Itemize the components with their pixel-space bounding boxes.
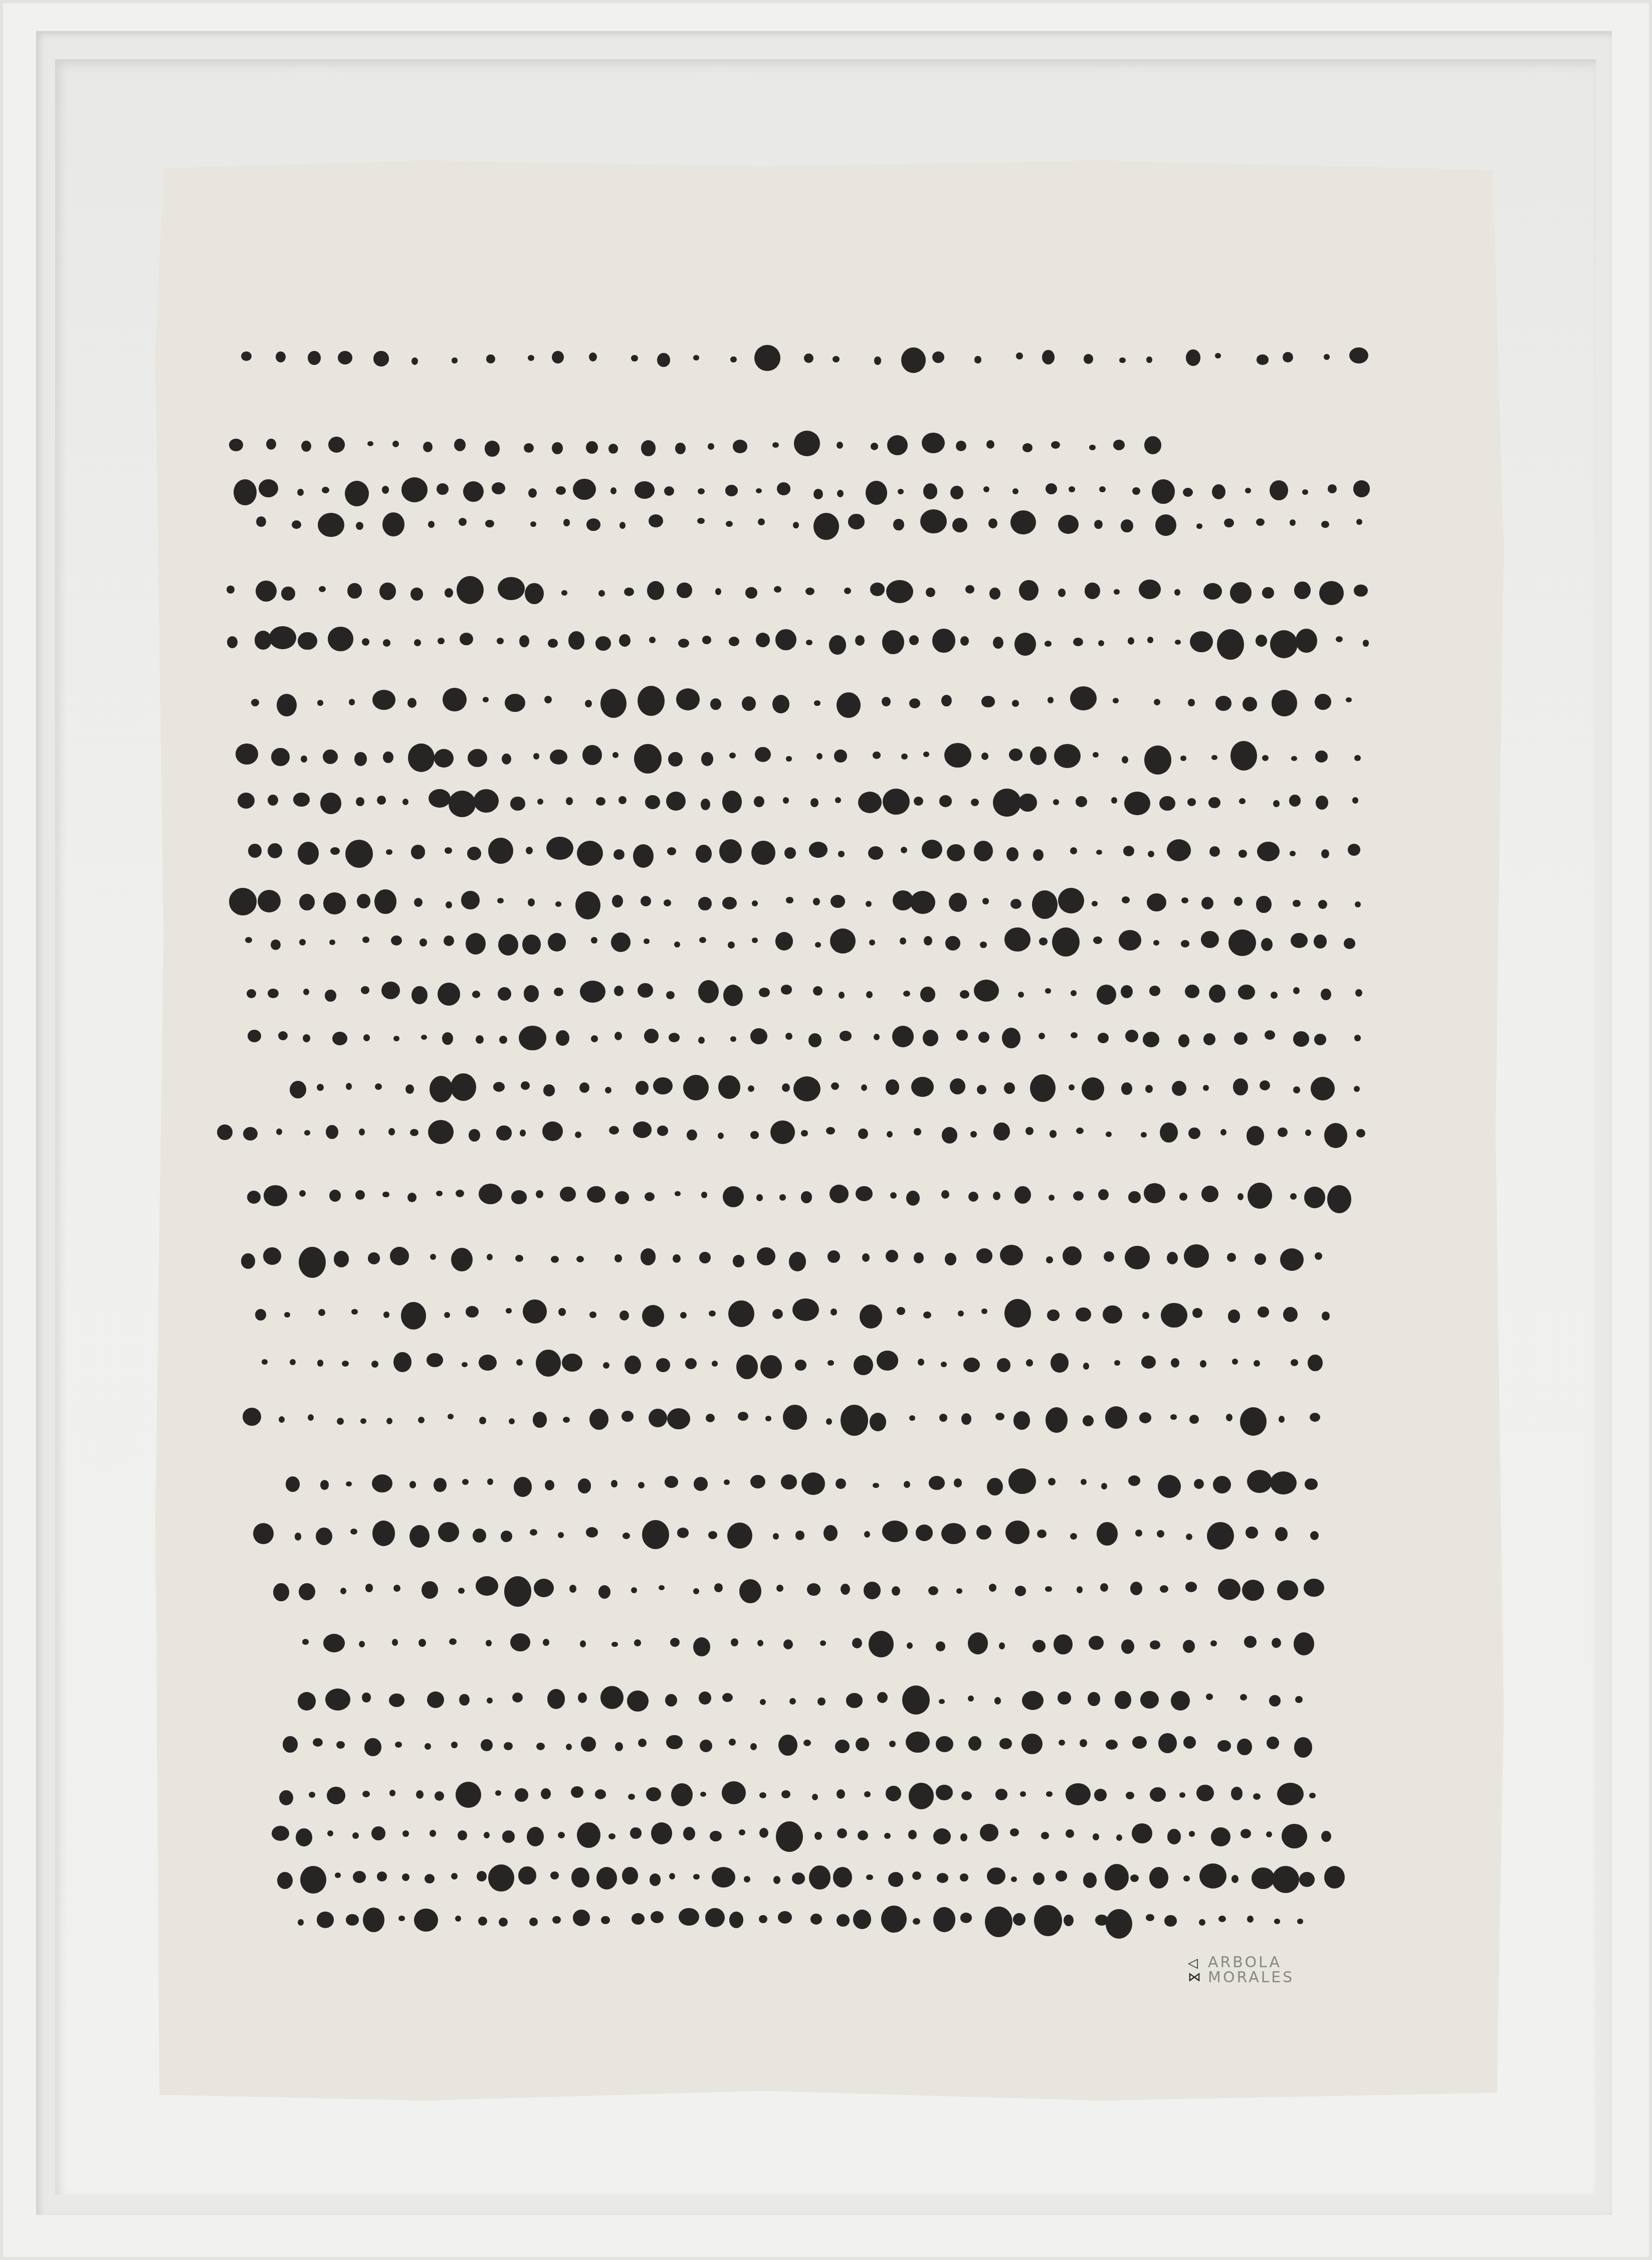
ink-dot (1322, 1311, 1330, 1320)
ink-dot (892, 1026, 914, 1047)
ink-dot (1282, 1824, 1307, 1848)
ink-dot (968, 1632, 988, 1655)
ink-dot (785, 1033, 792, 1040)
ink-dot (697, 518, 705, 524)
ink-dot (978, 1032, 989, 1043)
ink-dot (428, 1120, 454, 1144)
ink-dot (968, 1696, 974, 1702)
ink-dot (317, 700, 323, 705)
ink-dot (372, 690, 395, 710)
ink-dot (883, 789, 910, 815)
ink-dot (1297, 1919, 1303, 1924)
ink-dot (926, 588, 935, 597)
ink-dot (411, 986, 428, 1005)
ink-dot (483, 697, 489, 702)
ink-dot (1147, 637, 1153, 643)
ink-dot (1077, 1586, 1083, 1593)
ink-dot (582, 745, 602, 765)
ink-dot (1315, 694, 1331, 710)
ink-dot (1115, 1691, 1131, 1709)
ink-dot (730, 356, 736, 363)
ink-dot (1116, 1834, 1122, 1841)
ink-dot (993, 1122, 1010, 1140)
ink-dot (1201, 1186, 1218, 1202)
ink-dot (463, 481, 484, 502)
ink-dot (960, 1833, 967, 1841)
ink-dot (632, 1913, 645, 1925)
ink-dot (1106, 1909, 1132, 1939)
ink-dot (1315, 750, 1328, 763)
ink-dot (278, 1031, 287, 1040)
ink-dot (1054, 1634, 1072, 1654)
ink-dot (1234, 1032, 1247, 1045)
ink-dot (556, 486, 566, 495)
ink-dot (803, 1740, 811, 1746)
ink-dot (774, 586, 781, 593)
ink-dot (479, 1417, 486, 1424)
ink-dot (276, 351, 285, 362)
ink-dot (1037, 1530, 1047, 1539)
ink-dot (1293, 1086, 1300, 1093)
ink-dot (844, 588, 851, 594)
ink-dot (1033, 1872, 1045, 1885)
ink-dot (750, 1743, 757, 1750)
ink-dot (941, 1190, 949, 1199)
ink-dot (407, 698, 417, 708)
ink-dot (1122, 896, 1130, 903)
ink-dot (347, 583, 361, 599)
ink-dot (783, 797, 789, 804)
ink-dot (736, 1355, 758, 1379)
ink-dot (856, 1738, 869, 1752)
ink-dot (488, 838, 513, 864)
ink-dot (434, 1478, 447, 1492)
ink-dot (1058, 1691, 1071, 1705)
ink-dot (1279, 1416, 1285, 1423)
ink-dot (886, 580, 913, 603)
ink-dot (714, 1583, 723, 1592)
ink-dot (419, 1639, 426, 1647)
ink-dot (555, 901, 561, 906)
ink-dot (295, 1533, 302, 1540)
ink-dot (928, 1586, 938, 1595)
ink-dot (425, 1743, 431, 1750)
ink-dot (381, 982, 400, 999)
ink-dot (452, 357, 458, 363)
ink-dot (982, 898, 989, 904)
ink-dot (543, 1084, 554, 1096)
ink-dot (729, 1739, 736, 1745)
ink-dot (999, 1642, 1005, 1649)
ink-dot (760, 1699, 766, 1705)
ink-dot (248, 1030, 261, 1042)
ink-dot (666, 1735, 682, 1749)
ink-dot (949, 893, 967, 912)
ink-dot (263, 1247, 281, 1264)
ink-dot (279, 1416, 285, 1423)
ink-dot (518, 1866, 536, 1885)
ink-dot (1265, 1030, 1276, 1040)
ink-dot (920, 987, 935, 1002)
ink-dot (1290, 1193, 1297, 1199)
ink-dot (989, 588, 1000, 600)
ink-dot (744, 1876, 750, 1882)
ink-dot (739, 1829, 745, 1835)
ink-dot (775, 932, 793, 951)
ink-dot (718, 1133, 724, 1139)
ink-dot (1111, 797, 1118, 804)
ink-dot (393, 1352, 411, 1372)
ink-dot (1144, 1183, 1165, 1203)
ink-dot (1063, 1246, 1082, 1265)
ink-dot (908, 1830, 917, 1839)
ink-dot (664, 486, 674, 496)
ink-dot (1172, 1081, 1186, 1096)
ink-dot (454, 439, 466, 452)
ink-dot (409, 1525, 430, 1548)
ink-dot (268, 843, 282, 858)
ink-dot (511, 1190, 527, 1204)
ink-dot (1099, 486, 1105, 492)
ink-dot (1192, 1308, 1202, 1317)
ink-dot (610, 487, 616, 494)
ink-dot (846, 1693, 863, 1708)
ink-dot (974, 841, 993, 861)
ink-dot (1296, 629, 1317, 653)
ink-dot (820, 1640, 826, 1646)
ink-dot (519, 635, 530, 647)
ink-dot (936, 1736, 953, 1752)
ink-dot (941, 1362, 947, 1367)
ink-dot (1319, 581, 1344, 605)
ink-dot (1183, 1875, 1190, 1881)
ink-dot (813, 513, 839, 540)
ink-dot (486, 354, 495, 363)
ink-dot (578, 1478, 591, 1493)
ink-dot (1030, 746, 1047, 765)
ink-dot (362, 936, 369, 943)
ink-dot (1277, 1783, 1304, 1805)
ink-dot (1105, 1406, 1127, 1428)
ink-dot (858, 1128, 868, 1139)
ink-dot (642, 1520, 669, 1549)
ink-dot (359, 1128, 365, 1136)
ink-dot (355, 1190, 364, 1200)
ink-dot (374, 889, 396, 913)
ink-dot (529, 1918, 538, 1926)
ink-dot (476, 1035, 484, 1044)
ink-dot (258, 890, 281, 912)
ink-dot (809, 1865, 831, 1890)
ink-dot (1291, 756, 1297, 761)
ink-dot (622, 1867, 638, 1885)
ink-dot (552, 351, 564, 364)
ink-dot (1277, 1580, 1298, 1600)
ink-dot (1119, 930, 1141, 950)
ink-dot (259, 479, 278, 497)
ink-dot (752, 937, 758, 943)
ink-dot (1092, 901, 1098, 906)
ink-dot (325, 990, 336, 1002)
ink-dot (739, 1579, 761, 1603)
ink-dot (909, 698, 920, 708)
ink-dot (806, 640, 812, 645)
ink-dot (801, 1130, 808, 1136)
ink-dot (576, 1256, 584, 1262)
ink-dot (350, 1529, 357, 1535)
ink-dot (759, 988, 769, 997)
ink-dot (647, 581, 664, 600)
ink-dot (1328, 484, 1337, 493)
ink-dot (781, 985, 792, 995)
ink-dot (346, 1914, 359, 1926)
ink-dot (712, 1867, 735, 1888)
ink-dot (1240, 1694, 1247, 1701)
ink-dot (427, 1353, 443, 1367)
ink-dot (317, 1912, 334, 1928)
ink-dot (1114, 589, 1120, 595)
ink-dot (264, 1185, 287, 1206)
ink-dot (988, 518, 997, 528)
ink-dot (638, 686, 665, 716)
ink-dot (1272, 1866, 1299, 1893)
ink-dot (924, 936, 932, 946)
ink-dot (1066, 1829, 1074, 1838)
ink-dot (644, 1029, 659, 1043)
ink-dot (356, 797, 364, 806)
ink-dot (401, 1302, 427, 1330)
ink-dot (451, 1742, 457, 1748)
ink-dot (566, 1744, 572, 1750)
ink-dot (1164, 1915, 1177, 1927)
signature-line-2: MORALES (1208, 1970, 1294, 1985)
ink-dot (633, 844, 654, 868)
ink-dot (1034, 1905, 1062, 1936)
ink-dot (837, 490, 844, 497)
ink-dot (388, 1128, 395, 1136)
ink-dot (911, 1077, 934, 1097)
ink-dot (299, 894, 315, 910)
ink-dot (1246, 1527, 1258, 1539)
ink-dot (554, 988, 563, 997)
ink-dot (634, 1639, 641, 1646)
ink-dot (407, 1193, 417, 1202)
ink-dot (521, 1081, 530, 1089)
ink-dot (1291, 933, 1307, 948)
ink-dot (1119, 357, 1125, 363)
ink-dot (1010, 510, 1036, 534)
ink-dot (914, 1252, 924, 1263)
ink-dot (722, 1781, 746, 1804)
ink-dot (817, 1698, 825, 1706)
ink-dot (1012, 488, 1018, 494)
ink-dot (877, 1692, 888, 1703)
ink-dot (868, 846, 883, 860)
ink-dot (1126, 1792, 1134, 1800)
ink-dot (383, 639, 390, 647)
ink-dot (271, 939, 281, 950)
ink-dot (227, 636, 238, 648)
ink-dot (994, 1697, 1001, 1705)
ink-dot (323, 749, 338, 764)
ink-dot (864, 1791, 870, 1797)
ink-dot (552, 1916, 560, 1924)
ink-dot (438, 983, 460, 1006)
ink-dot (676, 688, 700, 710)
ink-dot (360, 1418, 366, 1424)
ink-dot (995, 1413, 1004, 1420)
ink-dot (759, 1915, 767, 1923)
ink-dot (577, 841, 603, 866)
ink-dot (628, 1794, 635, 1800)
ink-dot (1272, 690, 1297, 716)
ink-dot (1144, 745, 1172, 775)
ink-dot (301, 756, 307, 763)
ink-dot (558, 1532, 564, 1539)
ink-dot (993, 789, 1020, 817)
ink-dot (1199, 1919, 1205, 1926)
ink-dot (468, 749, 487, 767)
ink-dot (1209, 985, 1225, 1003)
ink-dot (983, 486, 989, 492)
ink-dot (428, 521, 435, 527)
ink-dot (1157, 1530, 1164, 1538)
ink-dot (1128, 1191, 1141, 1203)
ink-dot (1106, 1132, 1112, 1137)
ink-dot (556, 1030, 569, 1045)
ink-dot (443, 688, 466, 711)
ink-dot (756, 488, 762, 493)
ink-dot (398, 1916, 404, 1921)
ink-dot (1210, 1640, 1216, 1646)
ink-dot (1293, 987, 1300, 994)
ink-dot (638, 1739, 647, 1747)
ink-dot (1039, 1033, 1045, 1039)
ink-dot (569, 1585, 576, 1593)
ink-dot (631, 1587, 637, 1593)
ink-dot (748, 1085, 754, 1092)
ink-dot (795, 1360, 806, 1371)
ink-dot (615, 1742, 623, 1751)
ink-dot (608, 444, 618, 454)
ink-dot (809, 842, 828, 857)
ink-dot (550, 1871, 559, 1879)
ink-dot (960, 636, 968, 645)
ink-dot (301, 441, 311, 452)
ink-dot (862, 1253, 870, 1261)
ink-dot (679, 1908, 699, 1926)
ink-dot (296, 1828, 312, 1846)
ink-dot (1139, 1412, 1151, 1423)
ink-dot (449, 791, 476, 817)
ink-dot (1189, 1831, 1195, 1836)
ink-dot (1103, 1305, 1122, 1324)
ink-dot (1247, 1470, 1272, 1493)
ink-dot (772, 1309, 783, 1319)
ink-dot (1089, 1636, 1104, 1650)
ink-dot (1049, 1195, 1055, 1201)
signature-line-1: ARBOLA (1208, 1955, 1294, 1970)
ink-dot (469, 1129, 480, 1142)
ink-dot (805, 588, 814, 595)
ink-dot (932, 629, 955, 653)
ink-dot (650, 1873, 661, 1886)
ink-dot (1020, 1791, 1026, 1797)
ink-dot (700, 1740, 712, 1753)
ink-dot (580, 981, 605, 1003)
ink-dot (271, 748, 290, 767)
ink-dot (409, 1481, 416, 1488)
ink-dot (1064, 1915, 1074, 1926)
ink-dot (810, 1914, 822, 1924)
ink-dot (918, 1359, 924, 1366)
ink-dot (290, 1081, 306, 1098)
ink-dot (449, 1638, 456, 1645)
ink-dot (279, 1790, 293, 1805)
ink-dot (354, 752, 367, 766)
ink-dot (888, 1872, 903, 1887)
ink-dot (1314, 934, 1327, 949)
ink-dot (459, 1694, 470, 1706)
ink-dot (372, 1474, 392, 1492)
ink-dot (1256, 635, 1267, 647)
ink-dot (642, 1305, 664, 1327)
ink-dot (808, 1033, 821, 1047)
ink-dot (956, 441, 966, 451)
ink-dot (377, 1871, 387, 1881)
ink-dot (497, 898, 504, 903)
ink-dot (999, 1738, 1012, 1749)
ink-dot (733, 440, 748, 453)
ink-dot (1144, 436, 1161, 454)
ink-dot (1152, 479, 1175, 504)
ink-dot (906, 1732, 930, 1753)
ink-dot (1190, 631, 1213, 652)
ink-dot (1293, 1031, 1310, 1047)
ink-dot (1098, 1033, 1108, 1043)
ink-dot (792, 1298, 819, 1321)
ink-dot (1349, 347, 1368, 364)
ink-dot (1238, 850, 1247, 858)
ink-dot (793, 1076, 820, 1101)
ink-dot (561, 590, 567, 596)
ink-dot (1354, 1035, 1360, 1041)
ink-dot (776, 1821, 803, 1852)
ink-dot (524, 985, 539, 1002)
ink-dot (510, 797, 525, 811)
ink-dot (1363, 640, 1369, 647)
ink-dot (322, 487, 329, 493)
ink-dot (725, 485, 738, 496)
ink-dot (392, 1639, 398, 1646)
ink-dot (598, 590, 604, 597)
ink-dot (298, 632, 317, 650)
ink-dot (729, 637, 739, 646)
ink-dot (476, 1576, 498, 1596)
ink-dot (907, 1642, 913, 1649)
ink-dot (389, 1693, 404, 1707)
ink-dot (498, 577, 525, 601)
ink-dot (363, 1908, 384, 1932)
ink-dot (750, 1131, 759, 1139)
ink-dot (467, 847, 481, 860)
ink-dot (1141, 1356, 1156, 1369)
ink-dot (1289, 795, 1301, 807)
ink-dot (504, 1742, 512, 1750)
ink-dot (1217, 1740, 1231, 1752)
ink-dot (1196, 523, 1202, 529)
ink-dot (283, 1736, 298, 1753)
